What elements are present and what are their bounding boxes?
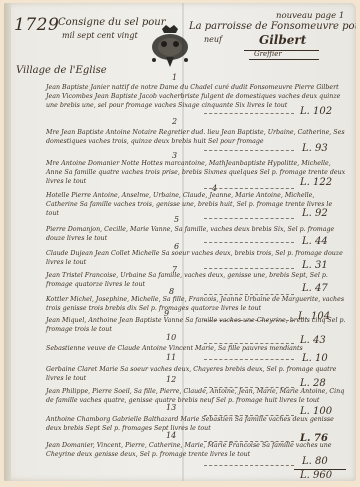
- entry-number: 1: [172, 73, 177, 82]
- entry-text: Pierre Domanjon, Cecille, Marie Vanne, S…: [46, 225, 346, 243]
- entry-text: Sebastienne veuve de Claude Antoine Vinc…: [46, 344, 346, 353]
- entry-text: Jean Domanier, Vincent, Pierre, Catherin…: [46, 441, 346, 459]
- leader-dashes: [204, 465, 294, 466]
- title-line-4: neuf: [204, 35, 222, 44]
- total-amount: L. 960: [300, 470, 332, 481]
- leader-dashes: [204, 113, 294, 114]
- entry-amount: L. 93: [302, 143, 328, 154]
- entry-text: Mre Jean Baptiste Antoine Notaire Regret…: [46, 128, 346, 146]
- leader-dashes: [204, 218, 294, 219]
- entry-text: Jean Tristel Francoise, Urbaine Sa famil…: [46, 271, 346, 289]
- entry-number: 5: [174, 215, 179, 224]
- entry-text: Jean Philippe, Pierre Soeil, Sa fille, P…: [46, 387, 346, 405]
- signature-subtitle: Greffier: [254, 50, 282, 58]
- royal-seal-icon: [142, 23, 198, 69]
- entry-number: 14: [166, 431, 176, 440]
- entry-text: Claude Dujean Jean Collet Michelle Sa so…: [46, 249, 346, 267]
- entry-amount: L. 44: [302, 236, 328, 247]
- signature-underline-2: [249, 59, 319, 60]
- entry-number: 12: [166, 375, 176, 384]
- entry-amount: L. 80: [302, 456, 328, 467]
- entry-amount: L. 102: [300, 106, 332, 117]
- document-year: 1729: [14, 15, 59, 35]
- signature: Gilbert: [259, 33, 306, 47]
- leader-dashes: [204, 150, 294, 151]
- title-line-3: La parroisse de Fonsomeuvre pour l'anné: [189, 21, 356, 32]
- leader-dashes: [204, 188, 294, 189]
- entry-amount: L. 92: [302, 208, 328, 219]
- entry-amount: L. 10: [302, 353, 328, 364]
- entry-amount: L. 47: [302, 283, 328, 294]
- entry-text: Hotelle Pierre Antoine, Anselme, Urbaine…: [46, 191, 346, 218]
- entry-text: Jean Miquel, Anthoine Jean Baptiste Vann…: [46, 316, 346, 334]
- leader-dashes: [204, 359, 294, 360]
- entry-amount: L. 122: [300, 177, 332, 188]
- section-heading: Village de l'Eglise: [16, 65, 107, 76]
- entry-number: 13: [166, 403, 176, 412]
- entry-number: 10: [166, 333, 176, 342]
- manuscript-page: 1729 Consigne du sel pour mil sept cent …: [4, 3, 356, 481]
- signature-underline-1: [244, 50, 319, 51]
- page-label: nouveau page 1: [276, 11, 344, 21]
- leader-dashes: [204, 268, 294, 269]
- entry-number: 2: [172, 117, 177, 126]
- page-binding: [4, 3, 11, 481]
- entry-number: 11: [166, 353, 176, 362]
- title-line-2: mil sept cent vingt: [62, 31, 138, 40]
- entry-text: Anthoine Chamborg Gabrielle Balthazard M…: [46, 415, 346, 433]
- entry-amount: L. 31: [302, 260, 328, 271]
- leader-dashes: [204, 242, 294, 243]
